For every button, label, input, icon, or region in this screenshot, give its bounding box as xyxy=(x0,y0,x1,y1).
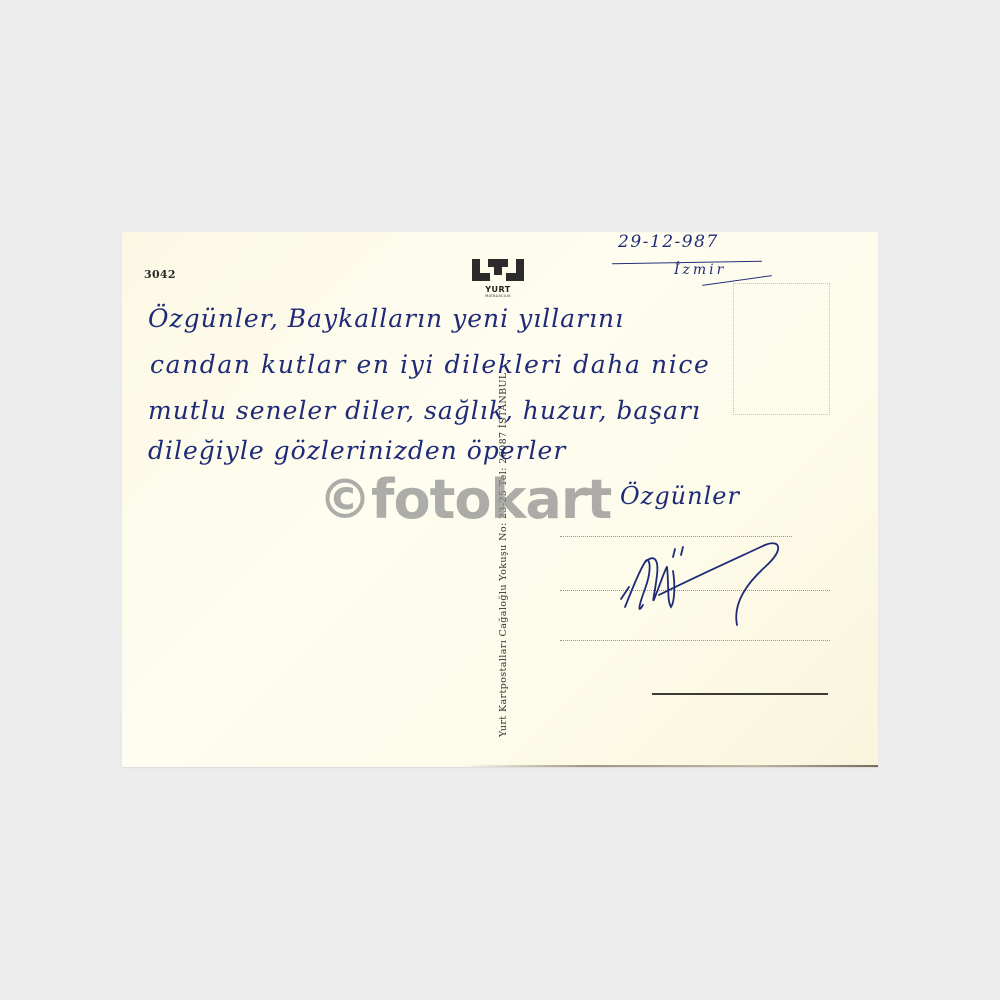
logo-name: YURT xyxy=(471,286,525,294)
postcard-back: 3042 YURT MATBAACILIK Yurt Kartpostallar… xyxy=(122,232,878,767)
handwritten-city: İzmir xyxy=(674,262,726,278)
message-line-3: mutlu seneler diler, sağlık, huzur, başa… xyxy=(148,396,701,425)
card-number: 3042 xyxy=(144,268,176,281)
publisher-logo: YURT MATBAACILIK xyxy=(471,259,525,293)
message-line-2: candan kutlar en iyi dilekleri daha nice xyxy=(150,350,710,379)
handwritten-closing: Özgünler xyxy=(620,482,740,510)
message-line-1: Özgünler, Baykalların yeni yıllarını xyxy=(148,304,624,333)
signature-scribble xyxy=(615,527,815,637)
logo-subtitle: MATBAACILIK xyxy=(471,294,525,298)
page-stage: 3042 YURT MATBAACILIK Yurt Kartpostallar… xyxy=(0,0,1000,1000)
stamp-box xyxy=(733,283,830,415)
handwritten-date: 29-12-987 xyxy=(618,232,719,252)
address-line-3 xyxy=(560,640,830,641)
yurt-logo-icon xyxy=(472,259,524,281)
address-line-4 xyxy=(652,693,828,695)
message-line-4: dileğiyle gözlerinizden öperler xyxy=(148,436,566,465)
